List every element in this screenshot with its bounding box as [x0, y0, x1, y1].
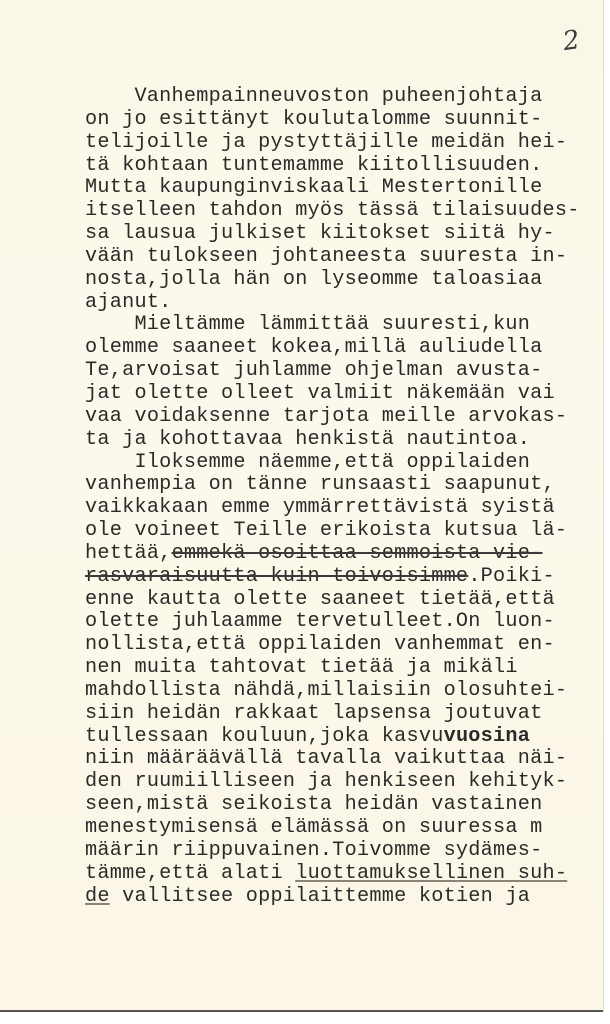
text-line: siin heidän rakkaat lapsensa joutuvat — [0, 703, 580, 726]
text-segment: määrin riippuvainen.Toivomme sydämes- — [85, 839, 543, 862]
text-segment: nen muita tahtovat tietää ja mikäli — [85, 656, 518, 679]
text-line: mahdollista nähdä,millaisiin olosuhtei- — [0, 680, 580, 703]
text-line: määrin riippuvainen.Toivomme sydämes- — [0, 840, 580, 863]
struck-text: rasvaraisuutta kuin toivoisimme — [85, 565, 468, 588]
text-line: vaikkakaan emme ymmärrettävistä syistä — [0, 497, 580, 520]
text-line: de vallitsee oppilaittemme kotien ja — [0, 886, 580, 909]
text-line: Te,arvoisat juhlamme ohjelman avusta- — [0, 360, 580, 383]
text-segment: vään tulokseen johtaneesta suuresta in- — [85, 245, 567, 268]
text-line: den ruumiilliseen ja henkiseen kehityk- — [0, 771, 580, 794]
text-segment: mahdollista nähdä,millaisiin olosuhtei- — [85, 679, 567, 702]
text-line: nosta,jolla hän on lyseomme taloasiaa — [0, 269, 580, 292]
text-segment: ta ja kohottavaa henkistä nautintoa. — [85, 428, 530, 451]
text-line: Mieltämme lämmittää suuresti,kun — [0, 314, 580, 337]
text-segment: olemme saaneet kokea,millä auliudella — [85, 336, 543, 359]
text-segment: niin määräävällä tavalla vaikuttaa näi- — [85, 747, 567, 770]
text-line: nen muita tahtovat tietää ja mikäli — [0, 657, 580, 680]
text-line: on jo esittänyt koulutalomme suunnit- — [0, 109, 580, 132]
text-line: menestymisensä elämässä on suuressa m — [0, 817, 580, 840]
text-line: Vanhempainneuvoston puheenjohtaja — [0, 86, 580, 109]
text-segment: den ruumiilliseen ja henkiseen kehityk- — [85, 770, 567, 793]
text-segment: seen,mistä seikoista heidän vastainen — [85, 793, 543, 816]
struck-text: emmekä osoittaa semmoista vie- — [172, 542, 543, 565]
text-segment: menestymisensä elämässä on suuressa m — [85, 816, 543, 839]
text-segment: Iloksemme näemme,että oppilaiden — [134, 451, 530, 474]
typewritten-page: 2 Vanhempainneuvoston puheenjohtajaon jo… — [0, 0, 604, 1012]
text-line: Mutta kaupunginviskaali Mestertonille — [0, 177, 580, 200]
text-segment: Vanhempainneuvoston puheenjohtaja — [134, 85, 542, 108]
text-segment: tämme,että alati — [85, 862, 295, 885]
text-line: olemme saaneet kokea,millä auliudella — [0, 337, 580, 360]
text-line: enne kautta olette saaneet tietää,että — [0, 589, 580, 612]
text-segment: ajanut. — [85, 291, 172, 314]
text-segment: sa lausua julkiset kiitokset siitä hy- — [85, 222, 555, 245]
text-segment: on jo esittänyt koulutalomme suunnit- — [85, 108, 543, 131]
text-line: sa lausua julkiset kiitokset siitä hy- — [0, 223, 580, 246]
text-segment: Mieltämme lämmittää suuresti,kun — [134, 313, 530, 336]
text-line: olette juhlaamme tervetulleet.On luon- — [0, 611, 580, 634]
text-line: itselleen tahdon myös tässä tilaisuudes- — [0, 200, 580, 223]
text-segment: Te,arvoisat juhlamme ohjelman avusta- — [85, 359, 543, 382]
text-line: tämme,että alati luottamuksellinen suh- — [0, 863, 580, 886]
text-line: hettää,emmekä osoittaa semmoista vie- — [0, 543, 580, 566]
text-segment: jat olette olleet valmiit näkemään vai — [85, 382, 555, 405]
text-segment: olette juhlaamme tervetulleet.On luon- — [85, 610, 555, 633]
text-line: tullessaan kouluun,joka kasvuvuosina — [0, 726, 580, 749]
underlined-text: luottamuksellinen suh- — [295, 862, 567, 885]
text-segment: telijoille ja pystyttäjille meidän hei- — [85, 131, 567, 154]
text-line: vaa voidaksenne tarjota meille arvokas- — [0, 406, 580, 429]
text-line: ta ja kohottavaa henkistä nautintoa. — [0, 429, 580, 452]
text-line: vanhempia on tänne runsaasti saapunut, — [0, 474, 580, 497]
text-line: tä kohtaan tuntemamme kiitollisuuden. — [0, 155, 580, 178]
text-segment: vaa voidaksenne tarjota meille arvokas- — [85, 405, 567, 428]
text-line: niin määräävällä tavalla vaikuttaa näi- — [0, 748, 580, 771]
text-segment: enne kautta olette saaneet tietää,että — [85, 588, 555, 611]
text-segment: itselleen tahdon myös tässä tilaisuudes- — [85, 199, 580, 222]
text-line: nollista,että oppilaiden vanhemmat en- — [0, 634, 580, 657]
text-segment: tä kohtaan tuntemamme kiitollisuuden. — [85, 154, 543, 177]
text-line: ole voineet Teille erikoista kutsua lä- — [0, 520, 580, 543]
text-segment: vuosina — [444, 725, 531, 748]
text-line: vään tulokseen johtaneesta suuresta in- — [0, 246, 580, 269]
text-line: jat olette olleet valmiit näkemään vai — [0, 383, 580, 406]
text-segment: siin heidän rakkaat lapsensa joutuvat — [85, 702, 543, 725]
typewritten-body: Vanhempainneuvoston puheenjohtajaon jo e… — [0, 86, 580, 908]
underlined-text: de — [85, 885, 110, 908]
text-segment: Mutta kaupunginviskaali Mestertonille — [85, 176, 543, 199]
text-line: rasvaraisuutta kuin toivoisimme.Poiki- — [0, 566, 580, 589]
text-line: ajanut. — [0, 292, 580, 315]
text-line: Iloksemme näemme,että oppilaiden — [0, 452, 580, 475]
text-segment: vanhempia on tänne runsaasti saapunut, — [85, 473, 555, 496]
text-segment: .Poiki- — [468, 565, 555, 588]
text-segment: vallitsee oppilaittemme kotien ja — [110, 885, 530, 908]
text-segment: nosta,jolla hän on lyseomme taloasiaa — [85, 268, 543, 291]
text-segment: tullessaan kouluun,joka kasvu — [85, 725, 444, 748]
text-segment: nollista,että oppilaiden vanhemmat en- — [85, 633, 555, 656]
text-segment: vaikkakaan emme ymmärrettävistä syistä — [85, 496, 555, 519]
text-segment: hettää, — [85, 542, 172, 565]
page-number: 2 — [561, 25, 582, 57]
text-segment: ole voineet Teille erikoista kutsua lä- — [85, 519, 567, 542]
text-line: seen,mistä seikoista heidän vastainen — [0, 794, 580, 817]
text-line: telijoille ja pystyttäjille meidän hei- — [0, 132, 580, 155]
